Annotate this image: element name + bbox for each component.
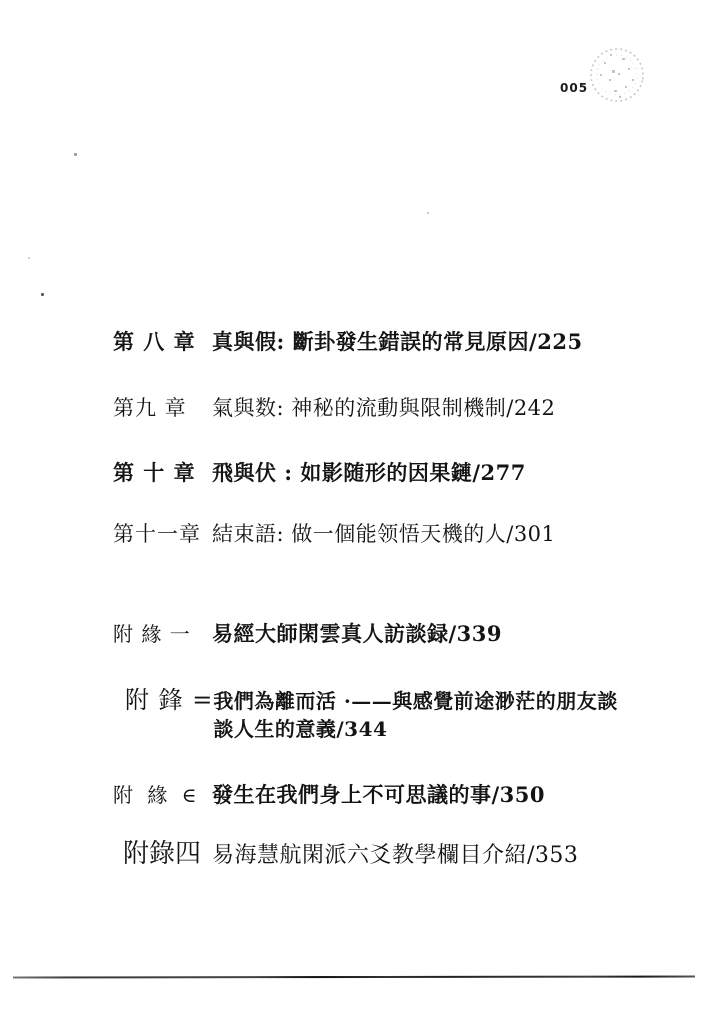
toc-entry-title: 飛與伏 : 如影随形的因果鏈/277	[212, 457, 526, 487]
toc-entry-label: 第 八 章	[113, 326, 212, 356]
toc-entry-title-line2: 談人生的意義/344	[213, 715, 617, 743]
footer-rule	[13, 976, 695, 979]
toc-entry-title: 發生在我們身上不可思議的事/350	[212, 779, 545, 809]
toc-entry: 附 緣 ∈ 發生在我們身上不可思議的事/350	[113, 779, 545, 809]
circular-stamp-icon	[588, 46, 646, 106]
toc-entry-label: 附錄四	[123, 833, 212, 870]
toc-entry-label: 第九 章	[113, 392, 212, 422]
toc-entry-title-line1: 我們為離而活 ·——與感覺前途渺茫的朋友談	[213, 687, 617, 715]
scan-speck	[28, 257, 30, 259]
toc-entry-title: 氣與数: 神秘的流動與限制機制/242	[212, 392, 555, 422]
toc-entry: 第 十 章 飛與伏 : 如影随形的因果鏈/277	[113, 457, 526, 487]
toc-entry-label: 附 緣 ∈	[113, 779, 212, 808]
scanned-toc-page: 005 第 八 章 真與假: 斷卦發生錯誤的常見原因/225 第九 章 氣與数:…	[0, 0, 724, 1024]
toc-entry-label: 第 十 章	[113, 457, 212, 487]
scan-speck	[427, 212, 429, 214]
toc-entry-title: 易經大師閑雲真人訪談録/339	[212, 618, 502, 648]
toc-entry: 第 八 章 真與假: 斷卦發生錯誤的常見原因/225	[113, 326, 583, 356]
toc-entry: 附錄四 易海慧航閑派六爻教學欄目介紹/353	[123, 833, 578, 870]
toc-entry: 第九 章 氣與数: 神秘的流動與限制機制/242	[113, 392, 555, 422]
toc-entry-title: 我們為離而活 ·——與感覺前途渺茫的朋友談談人生的意義/344	[213, 687, 617, 743]
page-number: 005	[560, 81, 588, 95]
scan-speck	[74, 153, 77, 156]
toc-entry-title: 真與假: 斷卦發生錯誤的常見原因/225	[212, 326, 583, 356]
toc-entry-label: 附 鋒 =	[125, 680, 213, 715]
toc-entry-title: 易海慧航閑派六爻教學欄目介紹/353	[212, 838, 578, 869]
toc-entry-title: 結束語: 做一個能领悟天機的人/301	[212, 518, 555, 548]
toc-entry-label: 第十一章	[113, 518, 212, 548]
toc-entry: 附 鋒 = 我們為離而活 ·——與感覺前途渺茫的朋友談談人生的意義/344	[125, 680, 618, 743]
scan-speck	[41, 293, 44, 296]
toc-entry-label: 附 緣 一	[113, 618, 212, 647]
toc-entry: 第十一章 結束語: 做一個能领悟天機的人/301	[113, 518, 555, 548]
toc-entry: 附 緣 一 易經大師閑雲真人訪談録/339	[113, 618, 502, 648]
